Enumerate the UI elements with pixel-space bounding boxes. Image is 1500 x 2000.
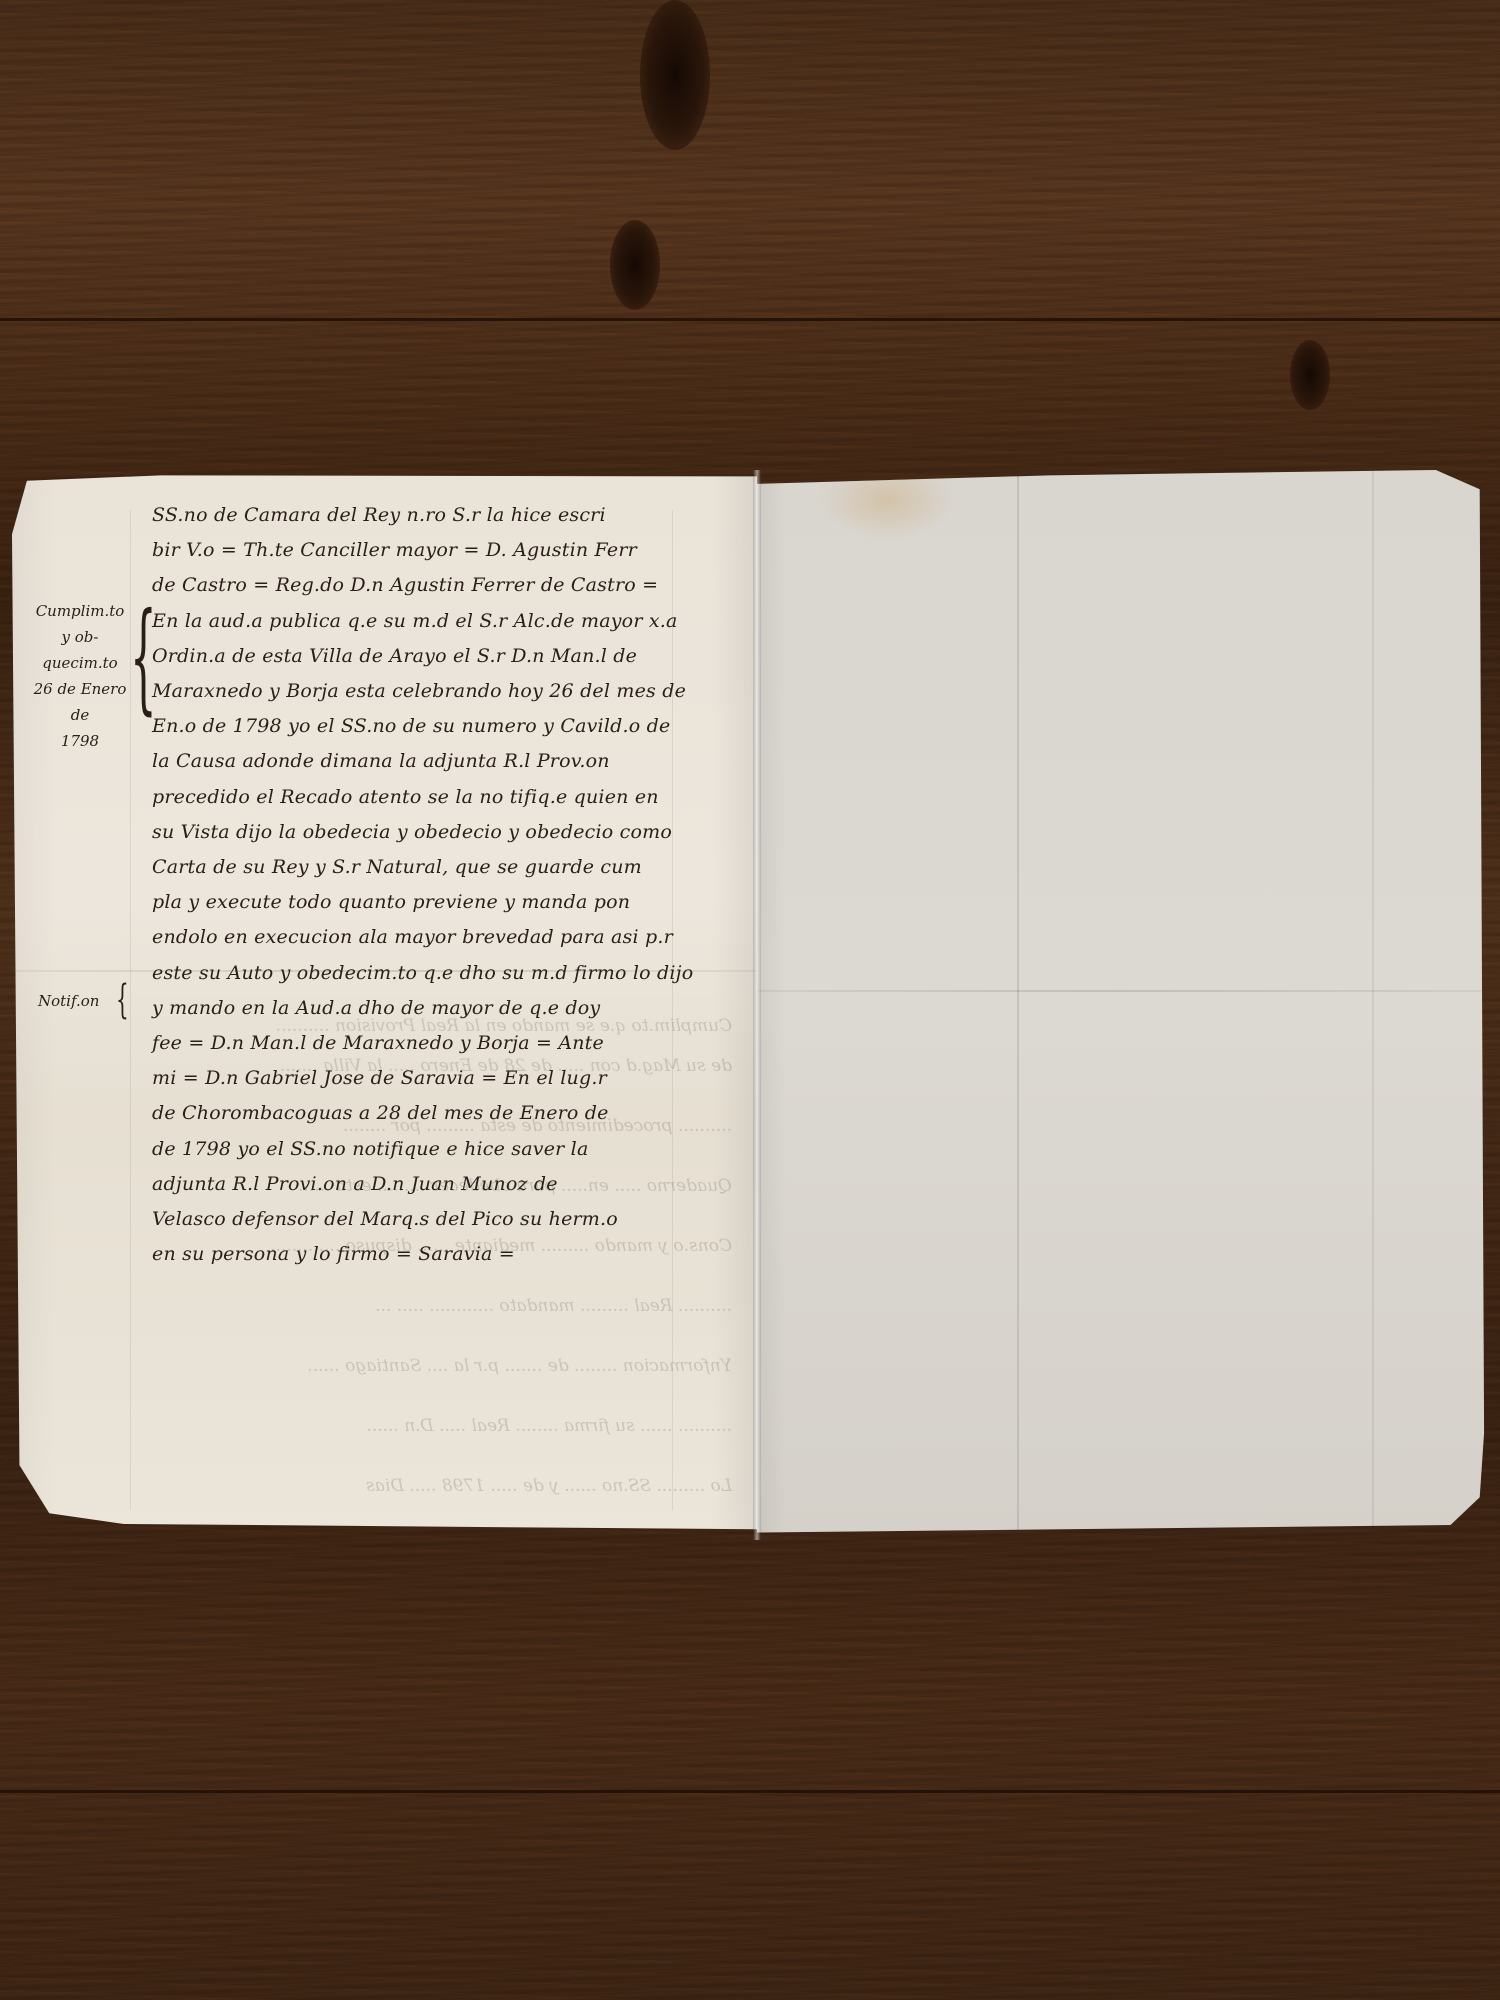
vertical-crease [1372,470,1374,1540]
bleed-through-text: Lo ......... SS.no ...... y de ..... 179… [32,1470,732,1503]
text-line: Maraxnedo y Borja esta celebrando hoy 26… [152,674,752,709]
water-stain [817,460,957,540]
bleed-through-text: Ynformacion ........ de ....... p.r la .… [32,1350,732,1383]
margin-note-line: 1798 [30,728,130,754]
horizontal-fold [757,990,1487,992]
text-line: pla y execute todo quanto previene y man… [152,885,752,920]
margin-note-line: 26 de Enero de [30,676,130,728]
text-line: en su persona y lo firmo = Saravia = [152,1237,752,1272]
left-page: Cumplim.to q.e se mando en la Real Provi… [12,470,757,1540]
plank-seam [0,1790,1500,1793]
text-line: de Chorombacoguas a 28 del mes de Enero … [152,1096,752,1131]
margin-note-line: Cumplim.to y ob- [30,598,130,650]
margin-note-notification: Notif.on [38,988,99,1014]
text-line: Ordin.a de esta Villa de Arayo el S.r D.… [152,639,752,674]
manuscript: Cumplim.to q.e se mando en la Real Provi… [12,470,1492,1540]
text-line: de 1798 yo el SS.no notifique e hice sav… [152,1132,752,1167]
margin-note-line: Notif.on [38,988,99,1014]
bleed-through-text: .......... ...... su firma ........ Real… [32,1410,732,1443]
text-line: su Vista dijo la obedecia y obedecio y o… [152,815,752,850]
plank-seam [0,318,1500,321]
bleed-through-text: .......... Real ......... mandato ......… [32,1290,732,1323]
text-line: y mando en la Aud.a dho de mayor de q.e … [152,991,752,1026]
text-line: SS.no de Camara del Rey n.ro S.r la hice… [152,498,752,533]
text-line: endolo en execucion ala mayor brevedad p… [152,920,752,955]
center-fold [753,470,761,1540]
margin-note-compliance: Cumplim.to y ob- quecim.to 26 de Enero d… [30,598,130,754]
right-page-blank [757,470,1487,1540]
wood-knot [610,220,660,310]
text-line: fee = D.n Man.l de Maraxnedo y Borja = A… [152,1026,752,1061]
text-line: Velasco defensor del Marq.s del Pico su … [152,1202,752,1237]
vertical-crease [1017,470,1019,1540]
margin-note-line: quecim.to [30,650,130,676]
text-line: mi = D.n Gabriel Jose de Saravia = En el… [152,1061,752,1096]
text-line: En.o de 1798 yo el SS.no de su numero y … [152,709,752,744]
wood-knot [640,0,710,150]
text-line: adjunta R.l Provi.on a D.n Juan Munoz de [152,1167,752,1202]
text-line: de Castro = Reg.do D.n Agustin Ferrer de… [152,568,752,603]
text-line: precedido el Recado atento se la no tifi… [152,780,752,815]
text-line: bir V.o = Th.te Canciller mayor = D. Agu… [152,533,752,568]
text-line: Carta de su Rey y S.r Natural, que se gu… [152,850,752,885]
text-line: la Causa adonde dimana la adjunta R.l Pr… [152,744,752,779]
text-line: este su Auto y obedecim.to q.e dho su m.… [152,956,752,991]
text-line: En la aud.a publica q.e su m.d el S.r Al… [152,604,752,639]
margin-brace: { [116,978,129,1022]
wood-knot [1290,340,1330,410]
manuscript-body: SS.no de Camara del Rey n.ro S.r la hice… [152,498,752,1272]
